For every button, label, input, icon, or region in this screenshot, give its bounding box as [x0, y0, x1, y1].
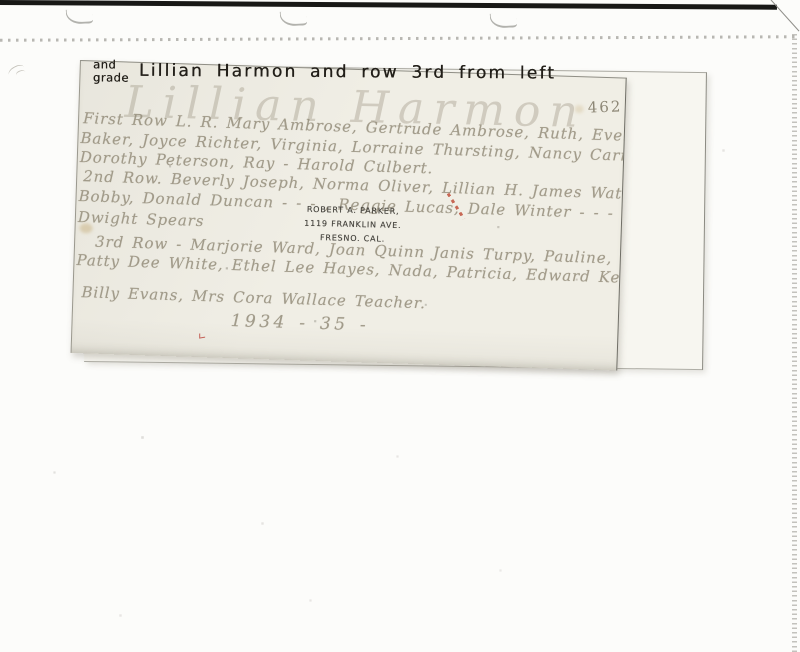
- ink-annotation-small: and grade: [93, 58, 129, 84]
- scan-top-edge-line: [0, 0, 777, 10]
- page-curl-mark: [490, 12, 518, 28]
- scanned-page: Lillian Harmon 462 First Row L. R. Mary …: [0, 0, 800, 652]
- year-line: 1934 - 35 -: [230, 311, 369, 335]
- photographer-stamp: ROBERT A. PARKER, 1119 FRANKLIN AVE. FRE…: [297, 203, 408, 248]
- page-number: 462: [587, 97, 622, 116]
- stamp-address-line: 1119 FRANKLIN AVE.: [298, 217, 408, 234]
- handwriting-line: Billy Evans, Mrs Cora Wallace Teacher.: [81, 283, 426, 312]
- photo-back-paper: Lillian Harmon 462 First Row L. R. Mary …: [71, 60, 627, 371]
- pencil-squiggle-mark: [7, 63, 27, 80]
- handwriting-line: Dwight Spears: [78, 208, 205, 230]
- ink-annotation-headline: Lillian Harmon and row 3rd from left: [139, 61, 556, 84]
- ink-small-word-grade: grade: [93, 71, 129, 84]
- red-pencil-speck: [199, 333, 205, 339]
- stamp-city-line: FRESNO. CAL.: [297, 231, 407, 248]
- background-specks: [0, 0, 1, 1]
- page-curl-mark: [280, 10, 308, 26]
- scan-corner-edge-line: [771, 0, 800, 31]
- ink-annotation: and grade Lillian Harmon and row 3rd fro…: [93, 58, 556, 87]
- stain-mark: [79, 223, 92, 233]
- perforation-strip-right: [792, 34, 797, 652]
- page-curl-mark: [66, 8, 94, 24]
- photo-specks: [81, 61, 82, 62]
- perforation-dotted-line: [0, 35, 800, 41]
